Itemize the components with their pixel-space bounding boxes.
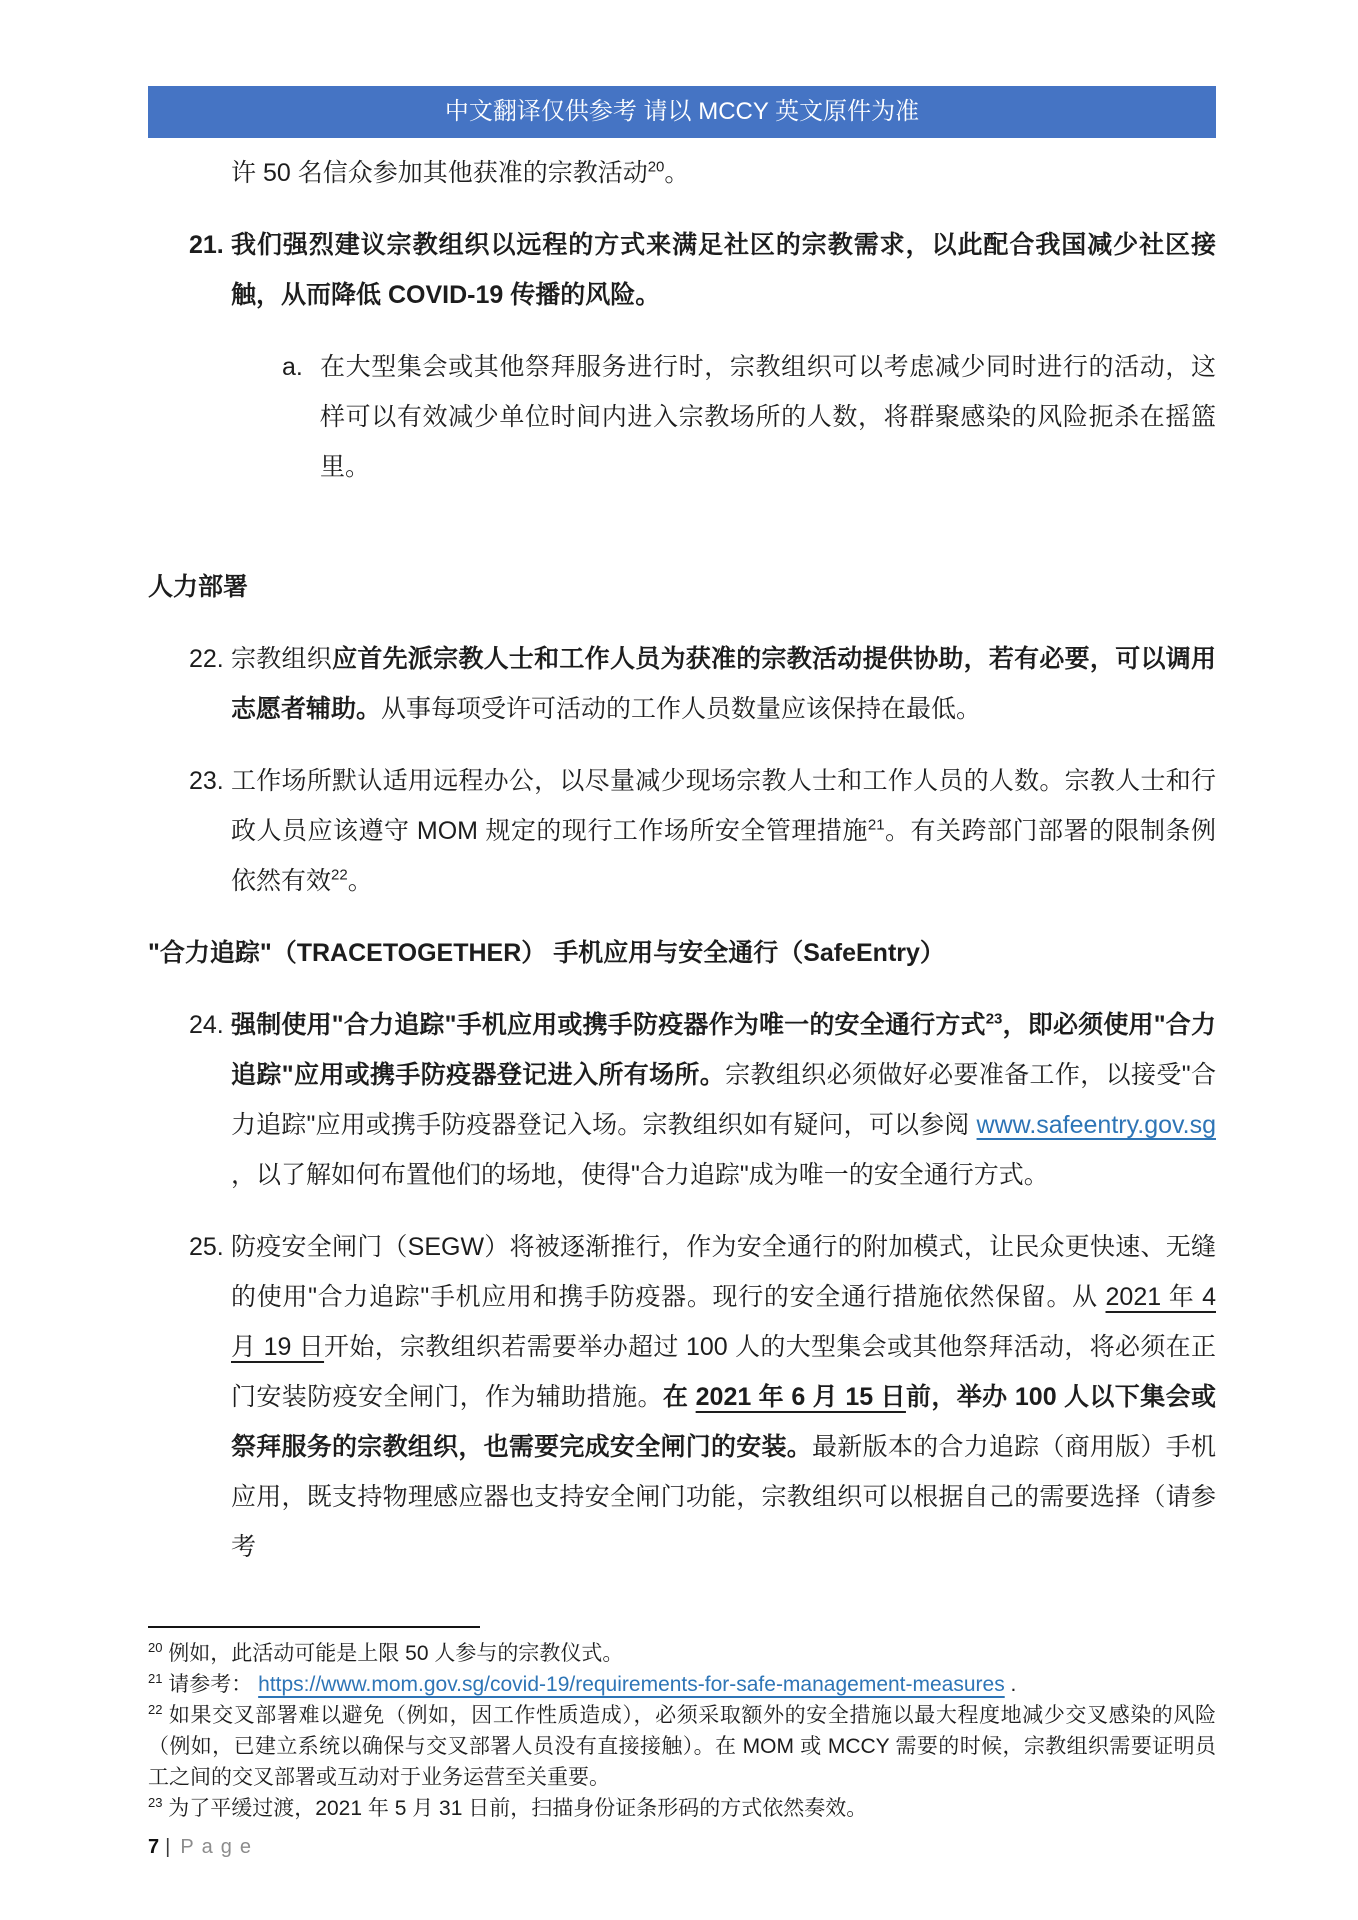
page-footer: 7|Page bbox=[148, 1832, 1216, 1863]
text-segment: 20 bbox=[648, 159, 665, 176]
list-item-text: 宗教组织应首先派宗教人士和工作人员为获准的宗教活动提供协助，若有必要，可以调用志… bbox=[231, 645, 1216, 723]
text-segment: 许 50 名信众参加其他获准的宗教活动 bbox=[231, 159, 648, 187]
banner-text: 中文翻译仅供参考 请以 MCCY 英文原件为准 bbox=[445, 98, 919, 125]
text-segment: 20 bbox=[148, 1640, 162, 1655]
text-segment: 例如，此活动可能是上限 50 人参与的宗教仪式。 bbox=[162, 1642, 623, 1665]
text-segment: 防疫安全闸门（SEGW）将被逐渐推行，作为安全通行的附加模式，让民众更快速、无缝… bbox=[231, 1233, 1216, 1311]
text-segment: 为了平缓过渡，2021 年 5 月 31 日前，扫描身份证条形码的方式依然奏效。 bbox=[162, 1797, 867, 1820]
text-segment: 强制使用"合力追踪"手机应用或携手防疫器作为唯一的安全通行方式 bbox=[231, 1011, 986, 1039]
list-marker: a. bbox=[282, 342, 303, 392]
list-item-text: 强制使用"合力追踪"手机应用或携手防疫器作为唯一的安全通行方式23，即必须使用"… bbox=[231, 1011, 1216, 1189]
text-segment: 23 bbox=[986, 1011, 1003, 1028]
text-segment: 21 bbox=[148, 1671, 162, 1686]
list-item-21: 21. 我们强烈建议宗教组织以远程的方式来满足社区的宗教需求，以此配合我国减少社… bbox=[231, 220, 1216, 320]
list-item-text: 工作场所默认适用远程办公，以尽量减少现场宗教人士和工作人员的人数。宗教人士和行政… bbox=[231, 767, 1216, 895]
list-marker: 22. bbox=[189, 634, 224, 684]
list-marker: 25. bbox=[189, 1222, 224, 1272]
footnote-21: 21 请参考： https://www.mom.gov.sg/covid-19/… bbox=[148, 1669, 1216, 1700]
list-item-text: 在大型集会或其他祭拜服务进行时，宗教组织可以考虑减少同时进行的活动，这样可以有效… bbox=[320, 353, 1216, 481]
inline-link[interactable]: www.safeentry.gov.sg bbox=[977, 1111, 1216, 1139]
text-segment: 23 bbox=[148, 1795, 162, 1810]
page-label: Page bbox=[180, 1836, 259, 1858]
text-segment: 请参考： bbox=[162, 1673, 258, 1696]
text-segment: 宗教组织 bbox=[231, 645, 332, 673]
paragraph-continuation: 许 50 名信众参加其他获准的宗教活动20。 bbox=[231, 148, 1216, 198]
text-segment: 22 bbox=[331, 867, 348, 884]
text-segment: 在 bbox=[663, 1383, 696, 1411]
text-segment: 22 bbox=[148, 1702, 162, 1717]
footnote-23: 23 为了平缓过渡，2021 年 5 月 31 日前，扫描身份证条形码的方式依然… bbox=[148, 1793, 1216, 1824]
list-marker: 21. bbox=[189, 220, 224, 270]
footnote-22: 22 如果交叉部署难以避免（例如，因工作性质造成），必须采取额外的安全措施以最大… bbox=[148, 1700, 1216, 1793]
text-segment: 。 bbox=[348, 867, 373, 895]
text-segment: 。 bbox=[664, 159, 689, 187]
list-item-23: 23. 工作场所默认适用远程办公，以尽量减少现场宗教人士和工作人员的人数。宗教人… bbox=[231, 756, 1216, 906]
text-segment: 我们强烈建议宗教组织以远程的方式来满足社区的宗教需求，以此配合我国减少社区接触，… bbox=[231, 231, 1216, 309]
inline-link[interactable]: https://www.mom.gov.sg/covid-19/requirem… bbox=[258, 1673, 1005, 1696]
list-item-text: 我们强烈建议宗教组织以远程的方式来满足社区的宗教需求，以此配合我国减少社区接触，… bbox=[231, 231, 1216, 309]
list-item-22: 22. 宗教组织应首先派宗教人士和工作人员为获准的宗教活动提供协助，若有必要，可… bbox=[231, 634, 1216, 734]
list-item-24: 24. 强制使用"合力追踪"手机应用或携手防疫器作为唯一的安全通行方式23，即必… bbox=[231, 1000, 1216, 1200]
section-heading-tracetogether: "合力追踪"（TRACETOGETHER） 手机应用与安全通行（SafeEntr… bbox=[148, 928, 1216, 978]
text-segment: 2021 年 6 月 15 日 bbox=[696, 1383, 906, 1411]
text-segment: 从事每项受许可活动的工作人员数量应该保持在最低。 bbox=[381, 695, 981, 723]
section-heading-manpower: 人力部署 bbox=[148, 562, 1216, 612]
footnotes-section: 20 例如，此活动可能是上限 50 人参与的宗教仪式。 21 请参考： http… bbox=[148, 1638, 1216, 1824]
text-segment: 21 bbox=[868, 817, 885, 834]
text-segment: 如果交叉部署难以避免（例如，因工作性质造成），必须采取额外的安全措施以最大程度地… bbox=[148, 1704, 1216, 1789]
list-item-25: 25. 防疫安全闸门（SEGW）将被逐渐推行，作为安全通行的附加模式，让民众更快… bbox=[231, 1222, 1216, 1572]
translation-notice-banner: 中文翻译仅供参考 请以 MCCY 英文原件为准 bbox=[148, 86, 1216, 138]
list-item-text: 防疫安全闸门（SEGW）将被逐渐推行，作为安全通行的附加模式，让民众更快速、无缝… bbox=[231, 1233, 1216, 1561]
list-marker: 24. bbox=[189, 1000, 224, 1050]
text-segment: 在大型集会或其他祭拜服务进行时，宗教组织可以考虑减少同时进行的活动，这样可以有效… bbox=[320, 353, 1216, 481]
footnote-20: 20 例如，此活动可能是上限 50 人参与的宗教仪式。 bbox=[148, 1638, 1216, 1669]
footnote-separator bbox=[148, 1626, 480, 1628]
list-item-a: a. 在大型集会或其他祭拜服务进行时，宗教组织可以考虑减少同时进行的活动，这样可… bbox=[320, 342, 1216, 492]
page-number: 7 bbox=[148, 1836, 159, 1858]
text-segment: ，以了解如何布置他们的场地，使得"合力追踪"成为唯一的安全通行方式。 bbox=[231, 1161, 1049, 1189]
page-footer-separator: | bbox=[165, 1836, 170, 1858]
document-page: 中文翻译仅供参考 请以 MCCY 英文原件为准 许 50 名信众参加其他获准的宗… bbox=[0, 0, 1358, 1863]
text-segment: . bbox=[1005, 1673, 1017, 1696]
list-marker: 23. bbox=[189, 756, 224, 806]
